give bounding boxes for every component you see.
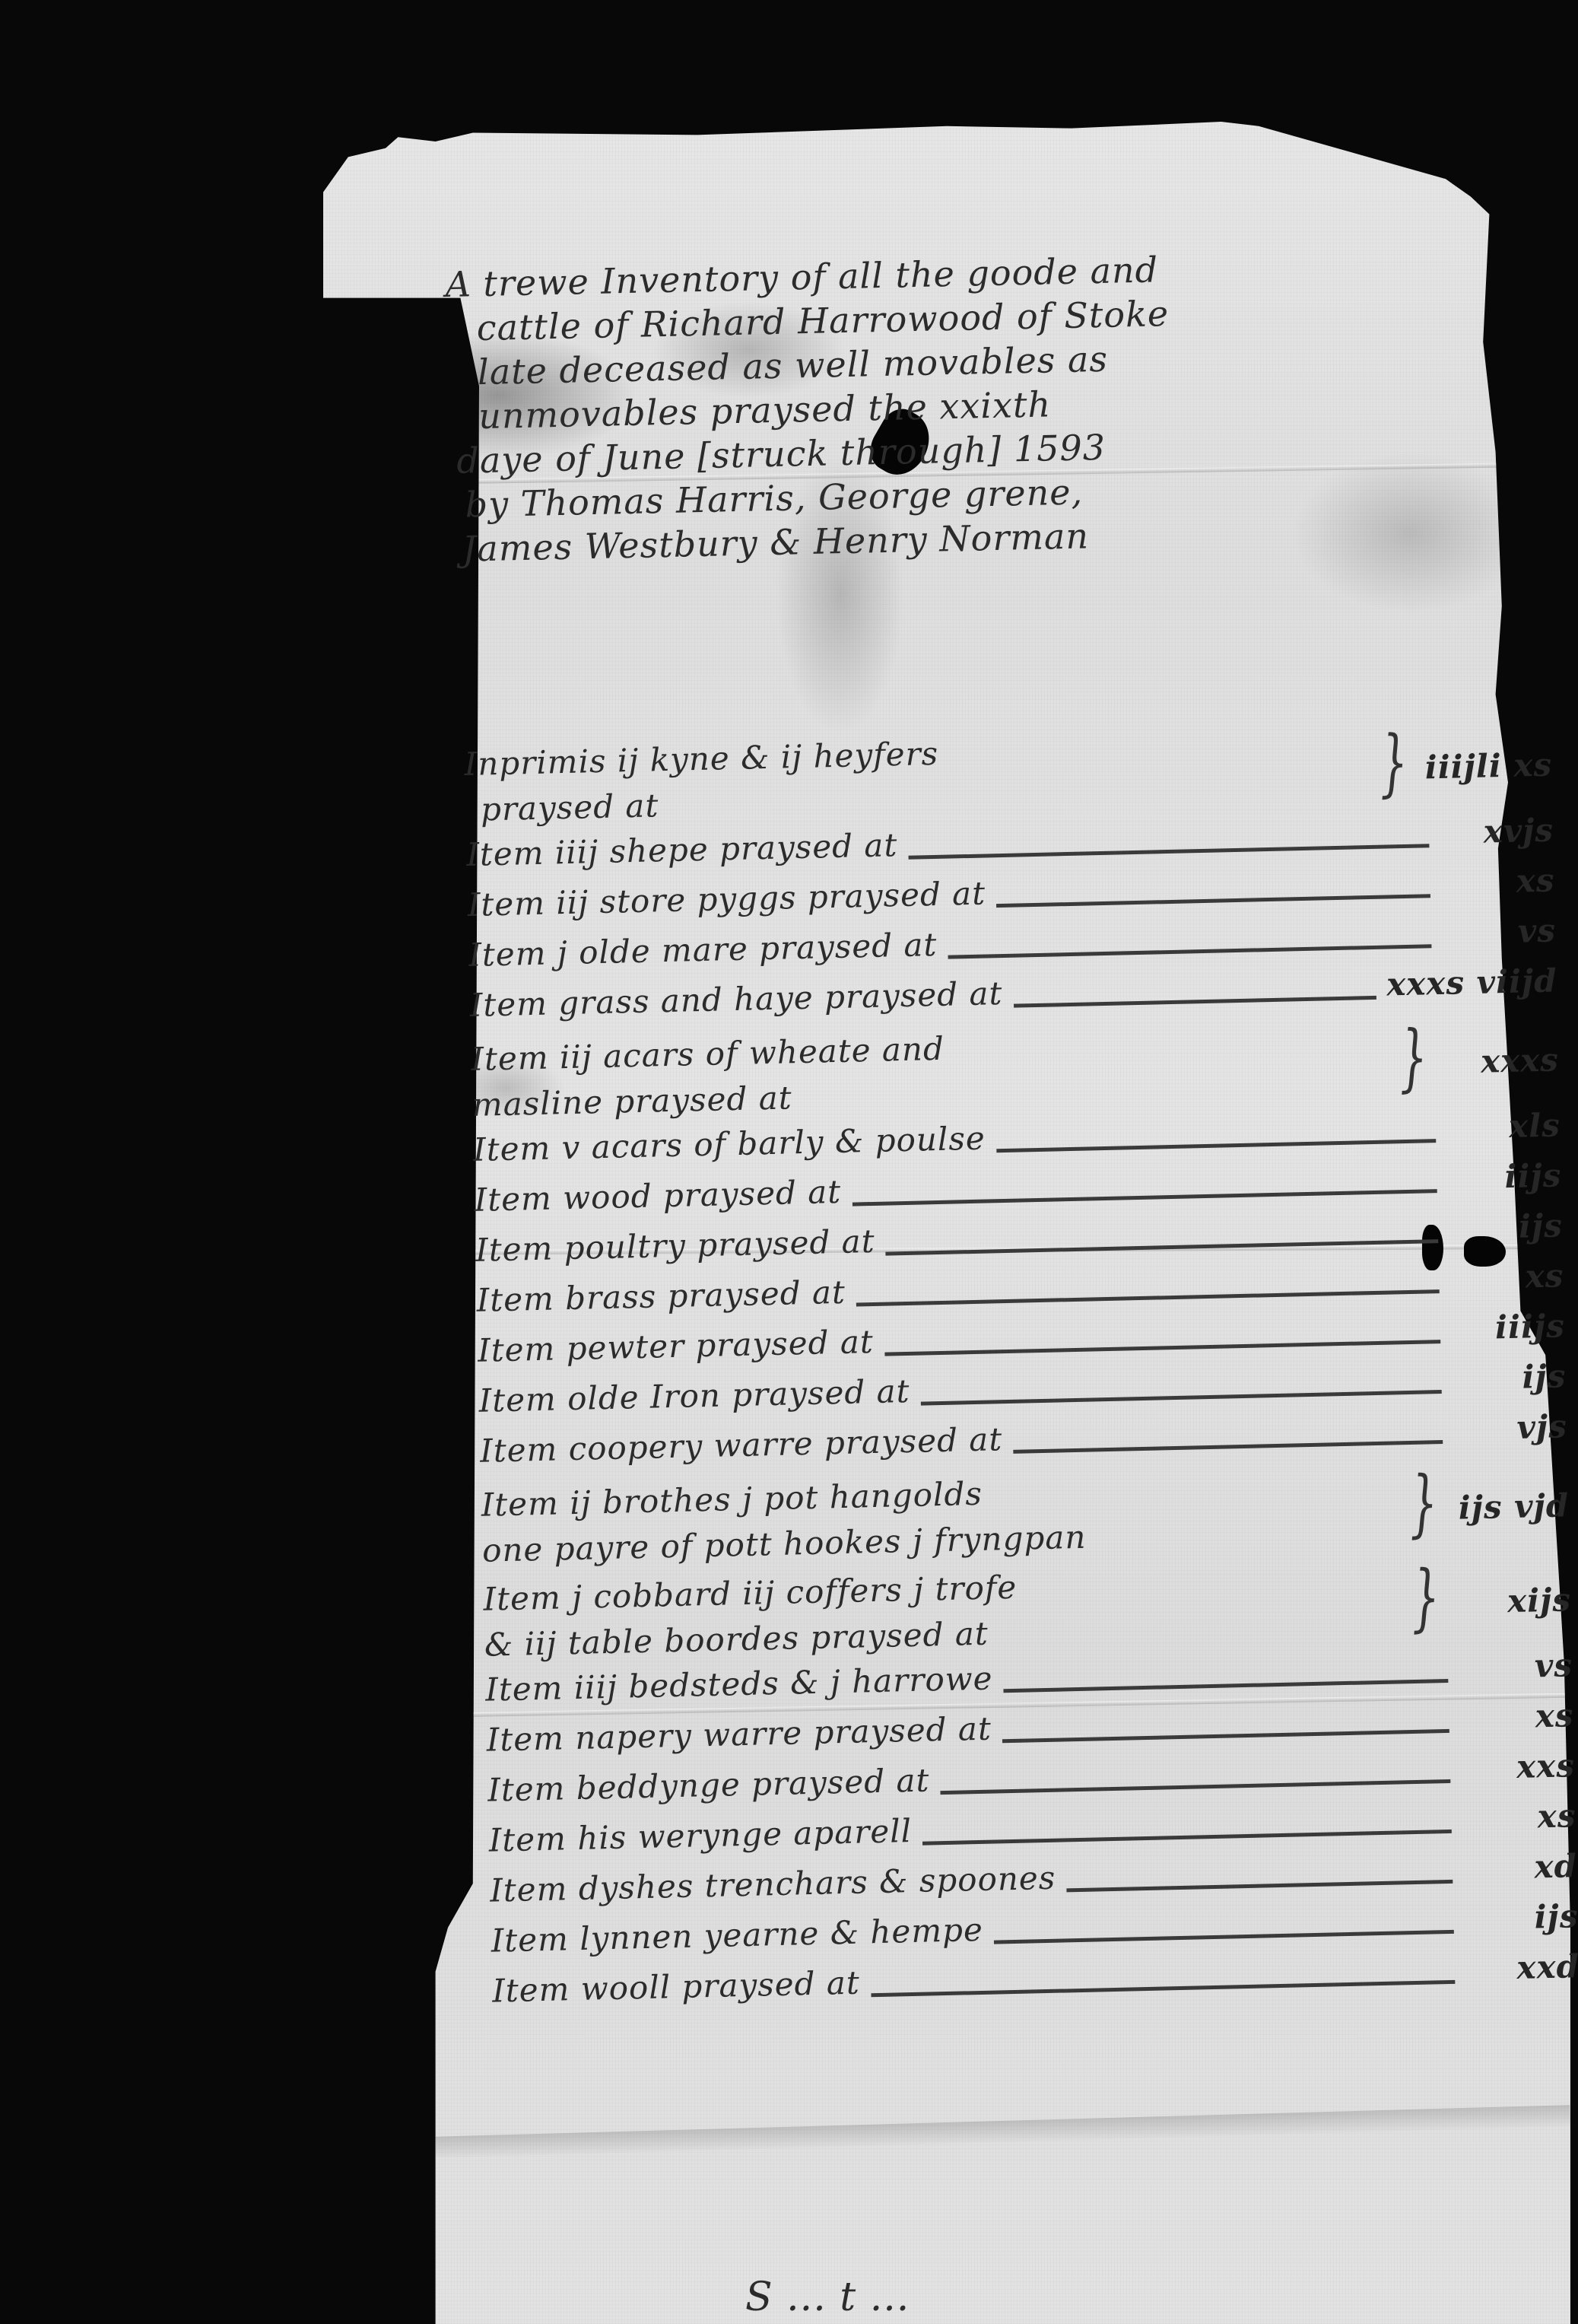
- item-value: xxs: [1460, 1747, 1575, 1786]
- fold-line: [323, 2105, 1570, 2161]
- leader-line: [1013, 1440, 1443, 1454]
- item-value: xs: [1449, 1257, 1564, 1296]
- leader-line: [909, 844, 1430, 860]
- item-description: Item brass praysed at: [476, 1273, 846, 1319]
- item-value: xls: [1446, 1106, 1561, 1146]
- item-value: ijs: [1464, 1897, 1578, 1937]
- leader-line: [1004, 1678, 1449, 1692]
- item-value: ijs vjd: [1455, 1486, 1570, 1526]
- item-value: xvjs: [1439, 812, 1554, 851]
- footer-fragment: S ... t ...: [745, 2275, 910, 2320]
- brace-icon: }: [1379, 720, 1409, 805]
- leader-line: [886, 1239, 1438, 1255]
- leader-line: [1067, 1879, 1453, 1892]
- leader-line: [856, 1289, 1440, 1306]
- brace-icon: }: [1399, 1015, 1429, 1099]
- leader-line: [941, 1779, 1451, 1794]
- item-value: iiijli xs: [1424, 746, 1552, 786]
- leader-line: [948, 944, 1432, 959]
- item-description: Item poultry praysed at: [475, 1222, 875, 1269]
- leader-line: [852, 1189, 1437, 1206]
- leader-line: [1014, 995, 1376, 1007]
- inventory-items: Inprimis ij kyne & ij heyfers praysed at…: [464, 717, 1578, 2023]
- item-value: vjs: [1453, 1407, 1567, 1447]
- leader-line: [921, 1390, 1442, 1406]
- leader-line: [994, 1929, 1454, 1944]
- item-value: iijs: [1447, 1156, 1562, 1196]
- item-value: vs: [1441, 911, 1556, 951]
- brace-icon: }: [1411, 1555, 1441, 1639]
- item-description: Item pewter praysed at: [478, 1323, 875, 1369]
- item-value: xs: [1462, 1797, 1576, 1836]
- item-description: Item wooll praysed at: [492, 1964, 861, 2010]
- leader-line: [996, 1139, 1436, 1152]
- leader-line: [1002, 1728, 1449, 1742]
- item-value: xs: [1459, 1696, 1574, 1736]
- item-description: Item wood praysed at: [474, 1173, 842, 1219]
- item-value: xxxs: [1444, 1041, 1559, 1080]
- leader-line: [871, 1979, 1455, 1996]
- item-value: vs: [1458, 1646, 1573, 1686]
- item-value: xxxs viijd: [1386, 962, 1557, 1003]
- item-value: xd: [1462, 1847, 1577, 1887]
- brace-icon: }: [1408, 1461, 1439, 1545]
- item-value: xijs: [1456, 1581, 1571, 1620]
- leader-line: [922, 1829, 1452, 1845]
- item-value: ijs: [1448, 1207, 1563, 1246]
- leader-line: [996, 894, 1430, 908]
- item-value: xxd: [1465, 1947, 1578, 1987]
- leader-line: [884, 1340, 1440, 1356]
- item-value: xs: [1440, 862, 1555, 901]
- item-value: iiijs: [1450, 1307, 1565, 1346]
- item-value: ijs: [1452, 1357, 1567, 1397]
- inventory-header: A trewe Inventory of all the goode and c…: [445, 241, 1455, 571]
